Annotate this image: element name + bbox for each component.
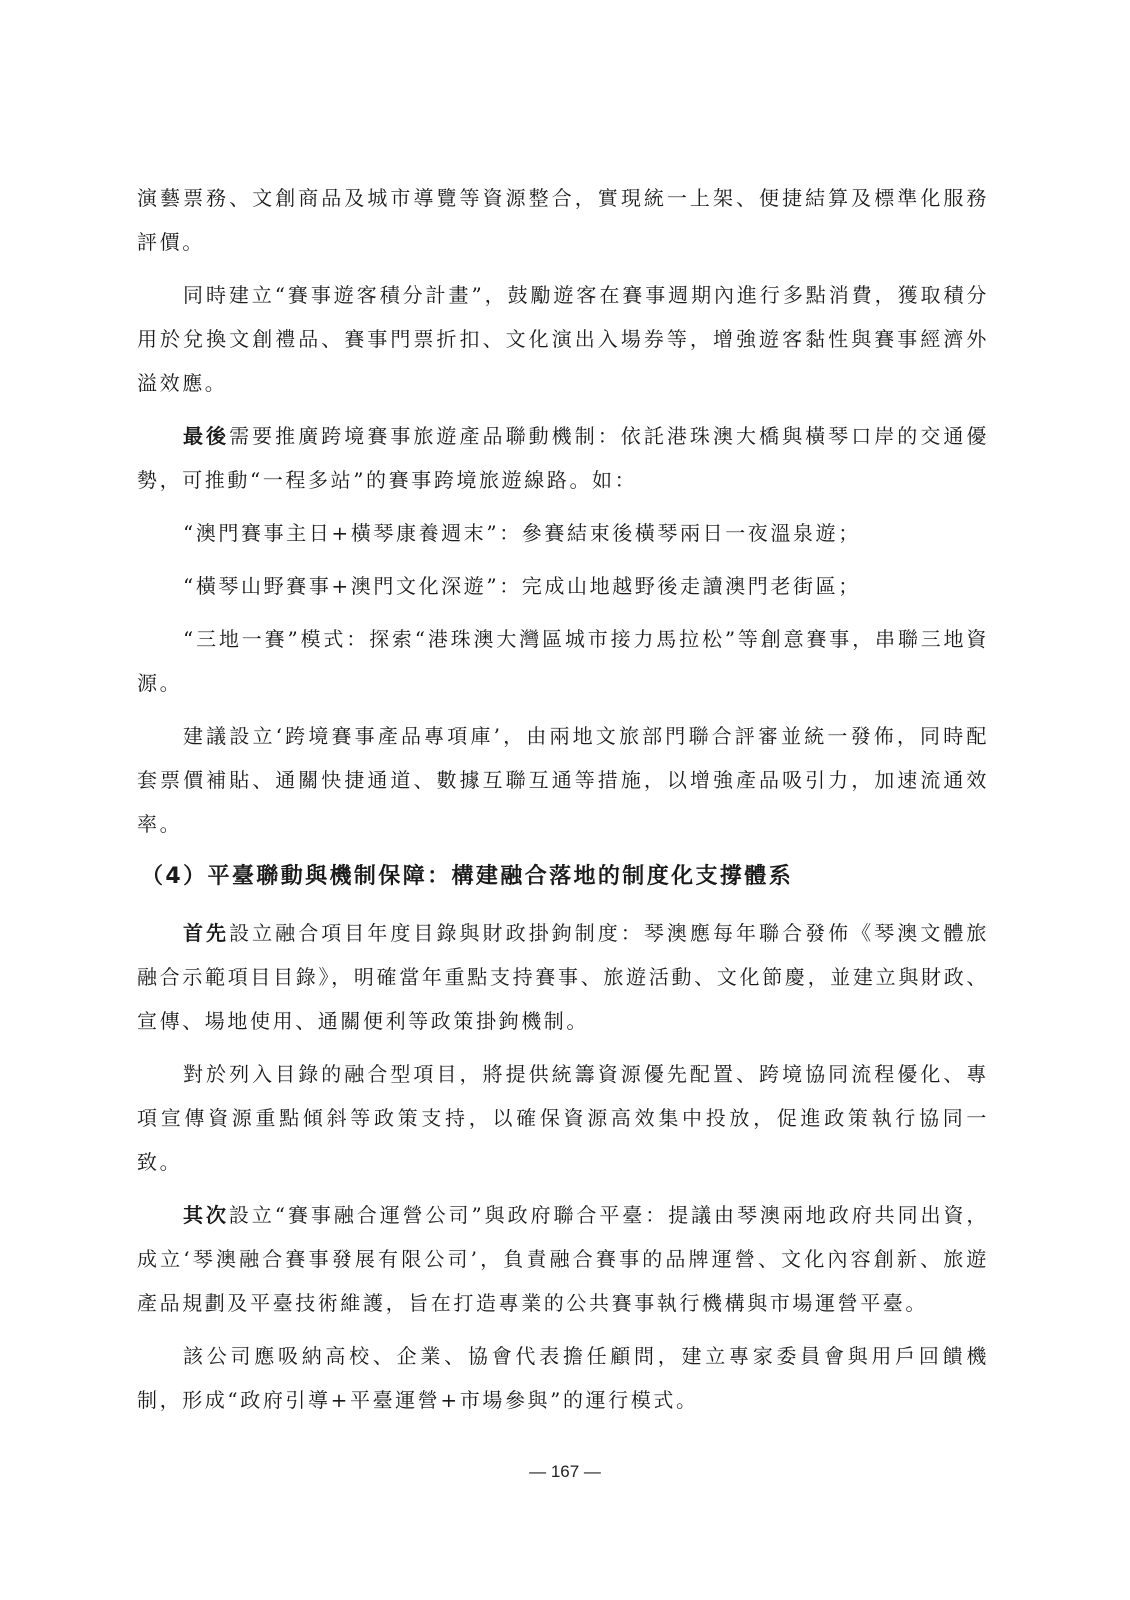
paragraph-operating-company: 其次設立“賽事融合運營公司”與政府聯合平臺：提議由琴澳兩地政府共同出資，成立‘琴…: [137, 1193, 989, 1325]
paragraph-product-library: 建議設立‘跨境賽事產品專項庫’，由兩地文旅部門聯合評審並統一發佈，同時配套票價補…: [137, 714, 989, 846]
paragraph-advisors: 該公司應吸納高校、企業、協會代表擔任顧問，建立專家委員會與用戶回饋機制，形成“政…: [137, 1334, 989, 1422]
bold-lead: 首先: [183, 921, 229, 945]
page-number: — 167 —: [0, 1462, 1130, 1482]
paragraph-points-program: 同時建立“賽事遊客積分計畫”，鼓勵遊客在賽事週期內進行多點消費，獲取積分用於兌換…: [137, 273, 989, 405]
paragraph-policy-support: 對於列入目錄的融合型項目，將提供統籌資源優先配置、跨境協同流程優化、專項宣傳資源…: [137, 1052, 989, 1184]
paragraph-continuation: 演藝票務、文創商品及城市導覽等資源整合，實現統一上架、便捷結算及標準化服務評價。: [137, 176, 989, 264]
bold-lead: 其次: [183, 1203, 229, 1227]
document-body: 演藝票務、文創商品及城市導覽等資源整合，實現統一上架、便捷結算及標準化服務評價。…: [137, 176, 989, 1431]
paragraph-annual-catalog: 首先設立融合項目年度目錄與財政掛鉤制度：琴澳應每年聯合發佈《琴澳文體旅融合示範項…: [137, 911, 989, 1043]
list-item-route-1: “澳門賽事主日+橫琴康養週末”：參賽結束後橫琴兩日一夜溫泉遊；: [137, 511, 989, 555]
list-item-route-3: “三地一賽”模式：探索“港珠澳大灣區城市接力馬拉松”等創意賽事，串聯三地資源。: [137, 617, 989, 705]
paragraph-cross-border-linkage: 最後需要推廣跨境賽事旅遊產品聯動機制：依託港珠澳大橋與橫琴口岸的交通優勢，可推動…: [137, 414, 989, 502]
section-heading: （4）平臺聯動與機制保障：構建融合落地的制度化支撐體系: [141, 855, 989, 899]
bold-lead: 最後: [183, 424, 229, 448]
list-item-route-2: “橫琴山野賽事+澳門文化深遊”：完成山地越野後走讀澳門老街區；: [137, 564, 989, 608]
